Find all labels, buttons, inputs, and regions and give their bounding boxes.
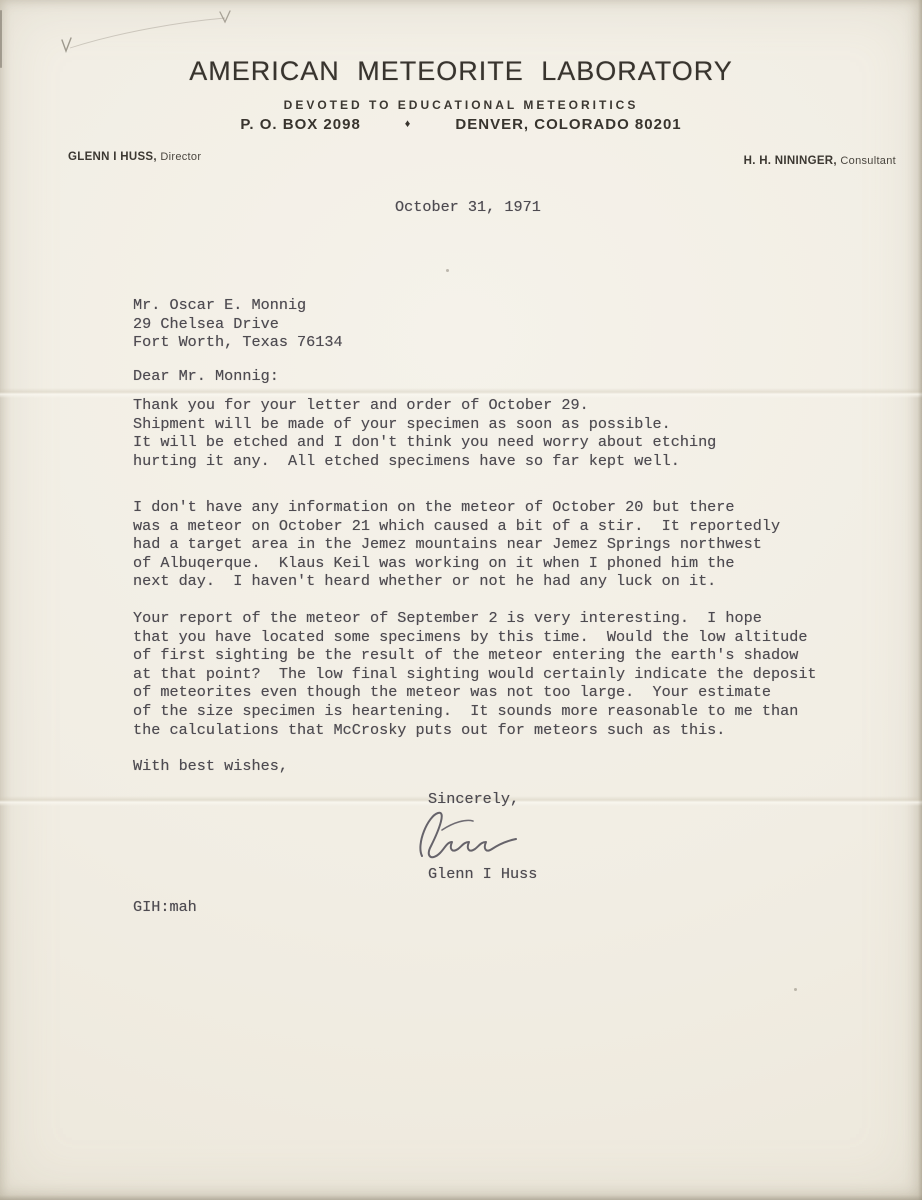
director-name: GLENN I HUSS, (68, 151, 157, 163)
consultant-title: Consultant (840, 155, 896, 167)
pencil-mark (20, 2, 260, 57)
diamond-icon: ♦ (405, 119, 412, 130)
director-line: GLENN I HUSS, Director (68, 151, 201, 163)
letterhead-subtitle: DEVOTED TO EDUCATIONAL METEORITICS (0, 98, 922, 112)
paper-speck (794, 988, 797, 991)
letterhead-title: AMERICAN METEORITE LABORATORY (0, 56, 922, 87)
letter-date: October 31, 1971 (395, 198, 541, 217)
paragraph: Thank you for your letter and order of O… (133, 396, 716, 470)
consultant-line: H. H. NININGER, Consultant (744, 155, 896, 167)
paper-speck (446, 269, 449, 272)
po-box: P. O. BOX 2098 (240, 116, 360, 133)
closing-line: With best wishes, (133, 757, 288, 776)
paragraph: Your report of the meteor of September 2… (133, 609, 817, 739)
scan-edge-shadow (0, 1195, 922, 1200)
letterhead-address-line: P. O. BOX 2098 ♦ DENVER, COLORADO 80201 (0, 116, 922, 133)
recipient-address: Mr. Oscar E. Monnig 29 Chelsea Drive For… (133, 296, 343, 352)
signature-name: Glenn I Huss (428, 865, 537, 884)
city-state-zip: DENVER, COLORADO 80201 (455, 116, 681, 133)
consultant-name: H. H. NININGER, (744, 155, 837, 167)
scanned-letter-page: AMERICAN METEORITE LABORATORY DEVOTED TO… (0, 0, 922, 1200)
reference-initials: GIH:mah (133, 898, 197, 917)
paragraph: I don't have any information on the mete… (133, 498, 780, 591)
salutation: Dear Mr. Monnig: (133, 367, 279, 386)
scan-edge-shadow (918, 0, 922, 1200)
director-title: Director (160, 151, 201, 163)
handwritten-signature (412, 806, 534, 864)
